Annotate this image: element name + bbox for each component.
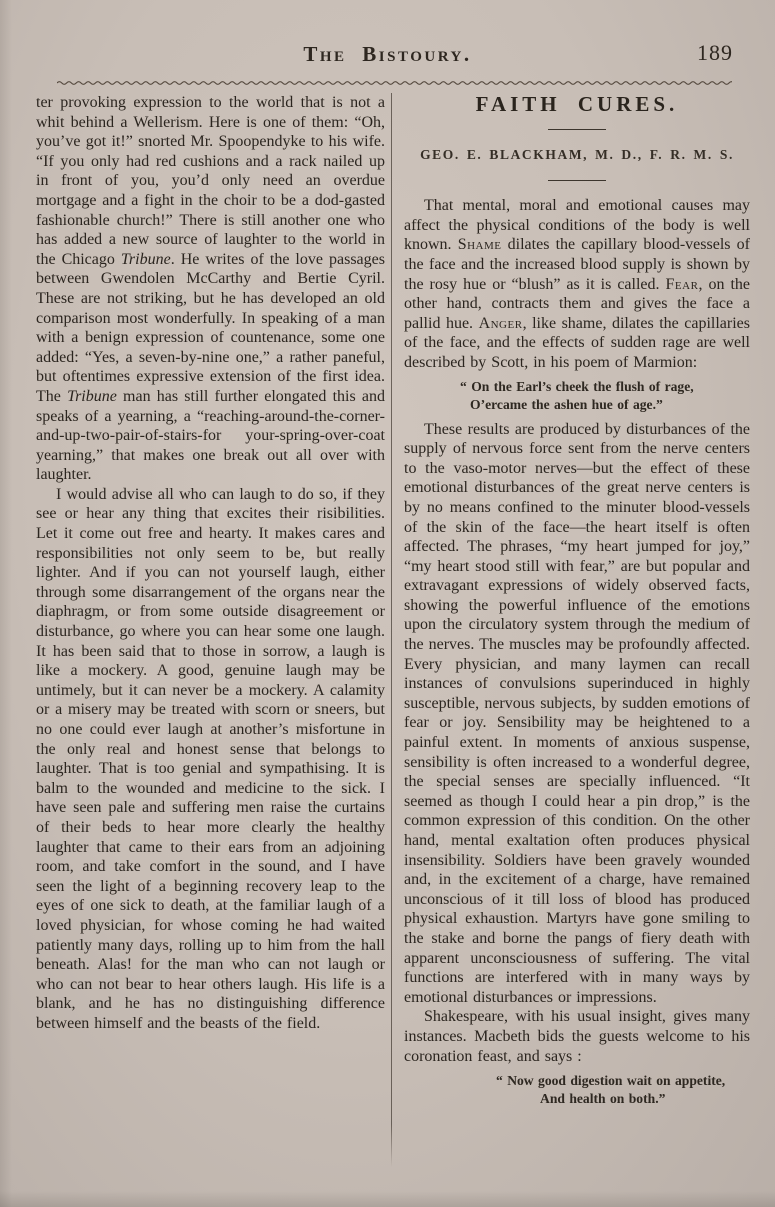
right-column: FAITH CURES.GEO. E. BLACKHAM, M. D., F. … <box>394 93 750 1191</box>
page-number: 189 <box>697 40 733 66</box>
page-edge-shadow-left <box>0 0 12 1207</box>
verse-quote: “ On the Earl’s cheek the flush of rage,… <box>404 378 750 414</box>
section-divider-rule <box>548 180 606 181</box>
section-divider-rule <box>548 129 606 130</box>
journal-title: The Bistoury. <box>0 42 775 67</box>
article-paragraph: ter provoking expression to the world th… <box>36 93 385 485</box>
article-paragraph: I would advise all who can laugh to do s… <box>36 485 385 1034</box>
body-text: These results are produced by disturbanc… <box>404 421 750 1006</box>
verse-line: “ On the Earl’s cheek the flush of rage, <box>460 378 750 396</box>
body-text: . He writes of the love passages between… <box>36 251 385 405</box>
verse-quote: “ Now good digestion wait on appetite,An… <box>404 1072 750 1108</box>
article-title: FAITH CURES. <box>404 95 750 115</box>
page-body: ter provoking expression to the world th… <box>36 93 750 1191</box>
italic-text: Tribune <box>121 251 171 268</box>
verse-line: And health on both.” <box>496 1090 750 1108</box>
left-column: ter provoking expression to the world th… <box>36 93 385 1191</box>
body-text: I would advise all who can laugh to do s… <box>36 486 385 1032</box>
article-paragraph: Shakespeare, with his usual insight, giv… <box>404 1007 750 1066</box>
body-text: Shakespeare, with his usual insight, giv… <box>404 1008 750 1064</box>
running-head: The Bistoury. 189 <box>0 42 775 72</box>
small-caps-text: Fear <box>666 276 699 293</box>
verse-line: “ Now good digestion wait on appetite, <box>496 1072 750 1090</box>
small-caps-text: Shame <box>458 236 502 253</box>
verse-line: O’ercame the ashen hue of age.” <box>460 396 750 414</box>
wavy-rule <box>57 76 732 88</box>
small-caps-text: Anger <box>479 315 523 332</box>
article-byline: GEO. E. BLACKHAM, M. D., F. R. M. S. <box>404 145 750 165</box>
article-paragraph: These results are produced by disturbanc… <box>404 420 750 1008</box>
column-divider-rule <box>391 93 392 1167</box>
article-paragraph: That mental, moral and emotional causes … <box>404 196 750 372</box>
wavy-rule-graphic <box>57 77 732 89</box>
body-text: ter provoking expression to the world th… <box>36 94 385 268</box>
page-edge-shadow-bottom <box>0 1191 775 1207</box>
italic-text: Tribune <box>67 388 117 405</box>
scanned-page: { "page": { "header": { "title": "The Bi… <box>0 0 775 1207</box>
